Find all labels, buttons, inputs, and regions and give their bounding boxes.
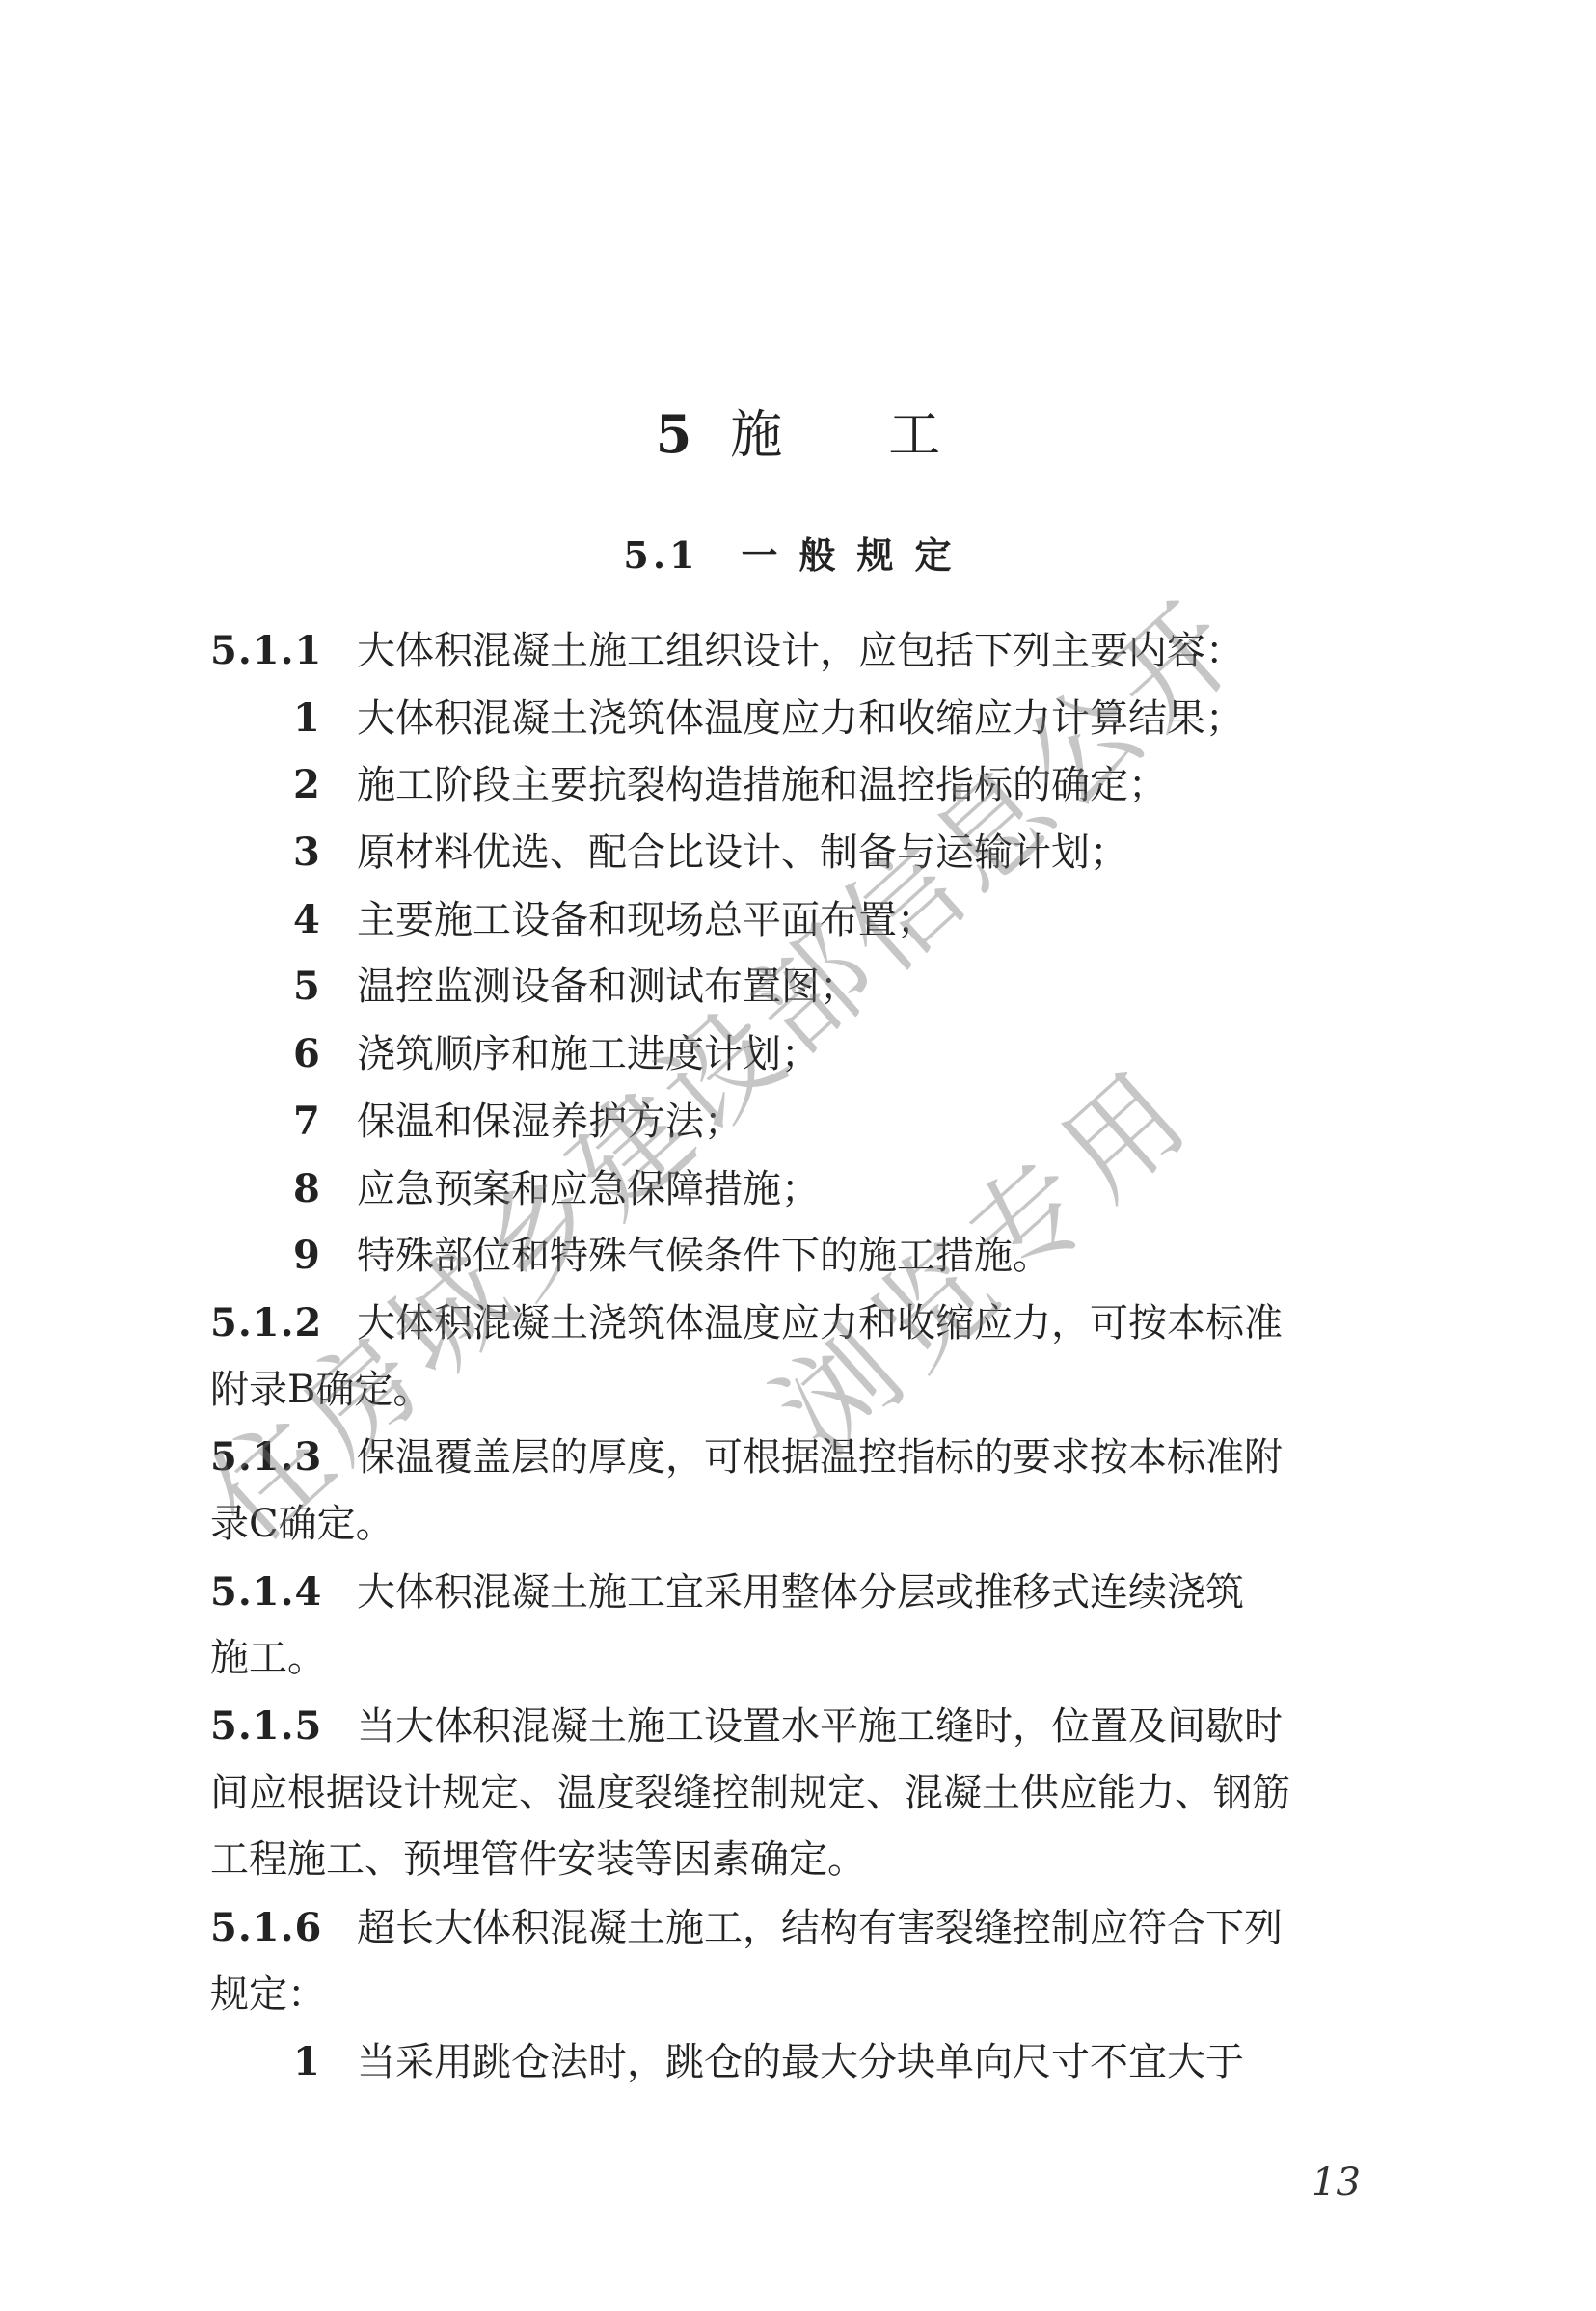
clause-number: 5.1.1: [210, 617, 357, 685]
item-text: 原材料优选、配合比设计、制备与运输计划；: [357, 830, 1128, 875]
clause-5-1-5: 5.1.5当大体积混凝土施工设置水平施工缝时，位置及间歇时: [210, 1693, 1389, 1760]
clause-continuation: 规定：: [210, 1962, 1389, 2029]
list-item: 4主要施工设备和现场总平面布置；: [210, 886, 1389, 954]
item-text: 浇筑顺序和施工进度计划；: [357, 1032, 820, 1076]
item-text: 施工阶段主要抗裂构造措施和温控指标的确定；: [357, 763, 1167, 807]
item-text: 主要施工设备和现场总平面布置；: [357, 898, 935, 942]
item-text: 当采用跳仓法时，跳仓的最大分块单向尺寸不宜大于: [357, 2040, 1244, 2084]
item-number: 1: [293, 685, 357, 752]
list-item: 3原材料优选、配合比设计、制备与运输计划；: [210, 819, 1389, 886]
chapter-title: 5施工: [0, 400, 1596, 469]
list-item: 6浇筑顺序和施工进度计划；: [210, 1020, 1389, 1088]
item-number: 3: [293, 819, 357, 886]
section-title: 5.1一般规定: [0, 529, 1596, 583]
clause-continuation: 间应根据设计规定、温度裂缝控制规定、混凝土供应能力、钢筋: [210, 1760, 1389, 1828]
clause-number: 5.1.5: [210, 1693, 357, 1760]
item-number: 4: [293, 886, 357, 954]
item-number: 7: [293, 1088, 357, 1155]
clause-5-1-1: 5.1.1大体积混凝土施工组织设计，应包括下列主要内容：: [210, 617, 1389, 685]
clause-text: 大体积混凝土施工宜采用整体分层或推移式连续浇筑: [357, 1570, 1244, 1615]
item-number: 5: [293, 953, 357, 1020]
list-item: 1大体积混凝土浇筑体温度应力和收缩应力计算结果；: [210, 685, 1389, 752]
item-number: 1: [293, 2028, 357, 2096]
clause-5-1-4: 5.1.4大体积混凝土施工宜采用整体分层或推移式连续浇筑: [210, 1559, 1389, 1626]
list-item: 2施工阶段主要抗裂构造措施和温控指标的确定；: [210, 751, 1389, 819]
page-number: 13: [1312, 2161, 1361, 2205]
list-item: 5温控监测设备和测试布置图；: [210, 953, 1389, 1020]
document-page: 5施工 5.1一般规定 5.1.1大体积混凝土施工组织设计，应包括下列主要内容：…: [0, 0, 1596, 2311]
clause-text: 大体积混凝土施工组织设计，应包括下列主要内容：: [357, 629, 1244, 673]
clause-continuation: 录C确定。: [210, 1491, 1389, 1559]
item-text: 保温和保湿养护方法；: [357, 1100, 743, 1144]
list-item: 8应急预案和应急保障措施；: [210, 1155, 1389, 1223]
clause-text: 大体积混凝土浇筑体温度应力和收缩应力，可按本标准: [357, 1301, 1283, 1346]
clause-number: 5.1.6: [210, 1894, 357, 1962]
list-item: 9特殊部位和特殊气候条件下的施工措施。: [210, 1222, 1389, 1290]
item-number: 8: [293, 1155, 357, 1223]
item-number: 2: [293, 751, 357, 819]
clause-5-1-3: 5.1.3保温覆盖层的厚度，可根据温控指标的要求按本标准附: [210, 1424, 1389, 1491]
item-number: 9: [293, 1222, 357, 1290]
list-item: 7保温和保湿养护方法；: [210, 1088, 1389, 1155]
clause-continuation: 施工。: [210, 1625, 1389, 1693]
chapter-title-text: 施工: [730, 404, 1046, 465]
item-text: 特殊部位和特殊气候条件下的施工措施。: [357, 1234, 1051, 1278]
clause-number: 5.1.2: [210, 1290, 357, 1357]
item-text: 应急预案和应急保障措施；: [357, 1167, 820, 1211]
section-title-text: 一般规定: [742, 533, 973, 577]
document-body: 5.1.1大体积混凝土施工组织设计，应包括下列主要内容： 1大体积混凝土浇筑体温…: [210, 617, 1389, 2096]
clause-number: 5.1.4: [210, 1559, 357, 1626]
clause-text: 施工。: [210, 1636, 326, 1680]
clause-continuation: 工程施工、预埋管件安装等因素确定。: [210, 1827, 1389, 1894]
clause-continuation: 附录B确定。: [210, 1357, 1389, 1425]
section-number: 5.1: [623, 533, 698, 577]
clause-text: 规定：: [210, 1972, 326, 2017]
clause-text: 超长大体积混凝土施工，结构有害裂缝控制应符合下列: [357, 1906, 1283, 1950]
clause-text: 间应根据设计规定、温度裂缝控制规定、混凝土供应能力、钢筋: [210, 1771, 1290, 1815]
item-text: 大体积混凝土浇筑体温度应力和收缩应力计算结果；: [357, 696, 1244, 741]
list-item: 1当采用跳仓法时，跳仓的最大分块单向尺寸不宜大于: [210, 2028, 1389, 2096]
clause-5-1-2: 5.1.2大体积混凝土浇筑体温度应力和收缩应力，可按本标准: [210, 1290, 1389, 1357]
chapter-number: 5: [656, 403, 692, 465]
item-number: 6: [293, 1020, 357, 1088]
clause-text: 录C确定。: [210, 1502, 394, 1546]
clause-text: 保温覆盖层的厚度，可根据温控指标的要求按本标准附: [357, 1435, 1283, 1480]
item-text: 温控监测设备和测试布置图；: [357, 965, 858, 1009]
clause-number: 5.1.3: [210, 1424, 357, 1491]
clause-text: 附录B确定。: [210, 1368, 431, 1412]
clause-text: 当大体积混凝土施工设置水平施工缝时，位置及间歇时: [357, 1704, 1283, 1749]
clause-text: 工程施工、预埋管件安装等因素确定。: [210, 1837, 866, 1882]
clause-5-1-6: 5.1.6超长大体积混凝土施工，结构有害裂缝控制应符合下列: [210, 1894, 1389, 1962]
